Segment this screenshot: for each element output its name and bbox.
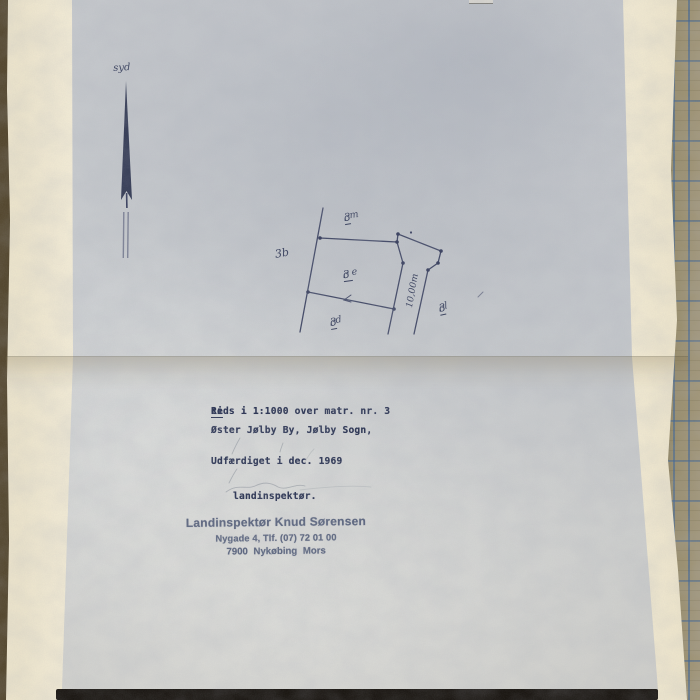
- title-line-scale: Rids i 1:1000 over matr. nr. 3ce: [211, 406, 223, 418]
- stamp-address-phone: Nygade 4, Tlf. (07) 72 01 00: [186, 532, 366, 544]
- parcel-letter-suffix: m: [349, 208, 360, 220]
- parcel-letter-suffix: e: [351, 265, 361, 277]
- top-edge-tab-mark: [469, 0, 493, 4]
- title-text: Udfærdiget i dec. 1969: [211, 456, 342, 468]
- syd-label-text: syd: [113, 63, 131, 74]
- surveyor-rubber-stamp: Landinspektør Knud Sørensen Nygade 4, Tl…: [186, 514, 366, 558]
- survey-document-paper: [0, 0, 700, 700]
- stamp-city: 7900 Nykøbing Mors: [186, 545, 366, 558]
- title-text: Rids i 1:1000 over matr. nr. 3: [211, 406, 390, 418]
- stamp-name: Landinspektør Knud Sørensen: [186, 514, 366, 530]
- title-text: Øster Jølby By, Jølby Sogn,: [211, 425, 372, 437]
- parcel-label-3cd: 3cd: [329, 316, 343, 328]
- parcel-label-3cl: 3cl: [438, 302, 449, 314]
- parcel-label-text: 3b: [274, 247, 290, 260]
- bottom-edge-shadow: [56, 689, 658, 700]
- horizontal-fold-crease: [6, 356, 688, 390]
- title-text: landinspektør.: [233, 491, 317, 503]
- photo-of-survey-document: syd 3b 3cm 3ce 3cd 3cl 10,00m Rids i 1:1…: [0, 0, 700, 700]
